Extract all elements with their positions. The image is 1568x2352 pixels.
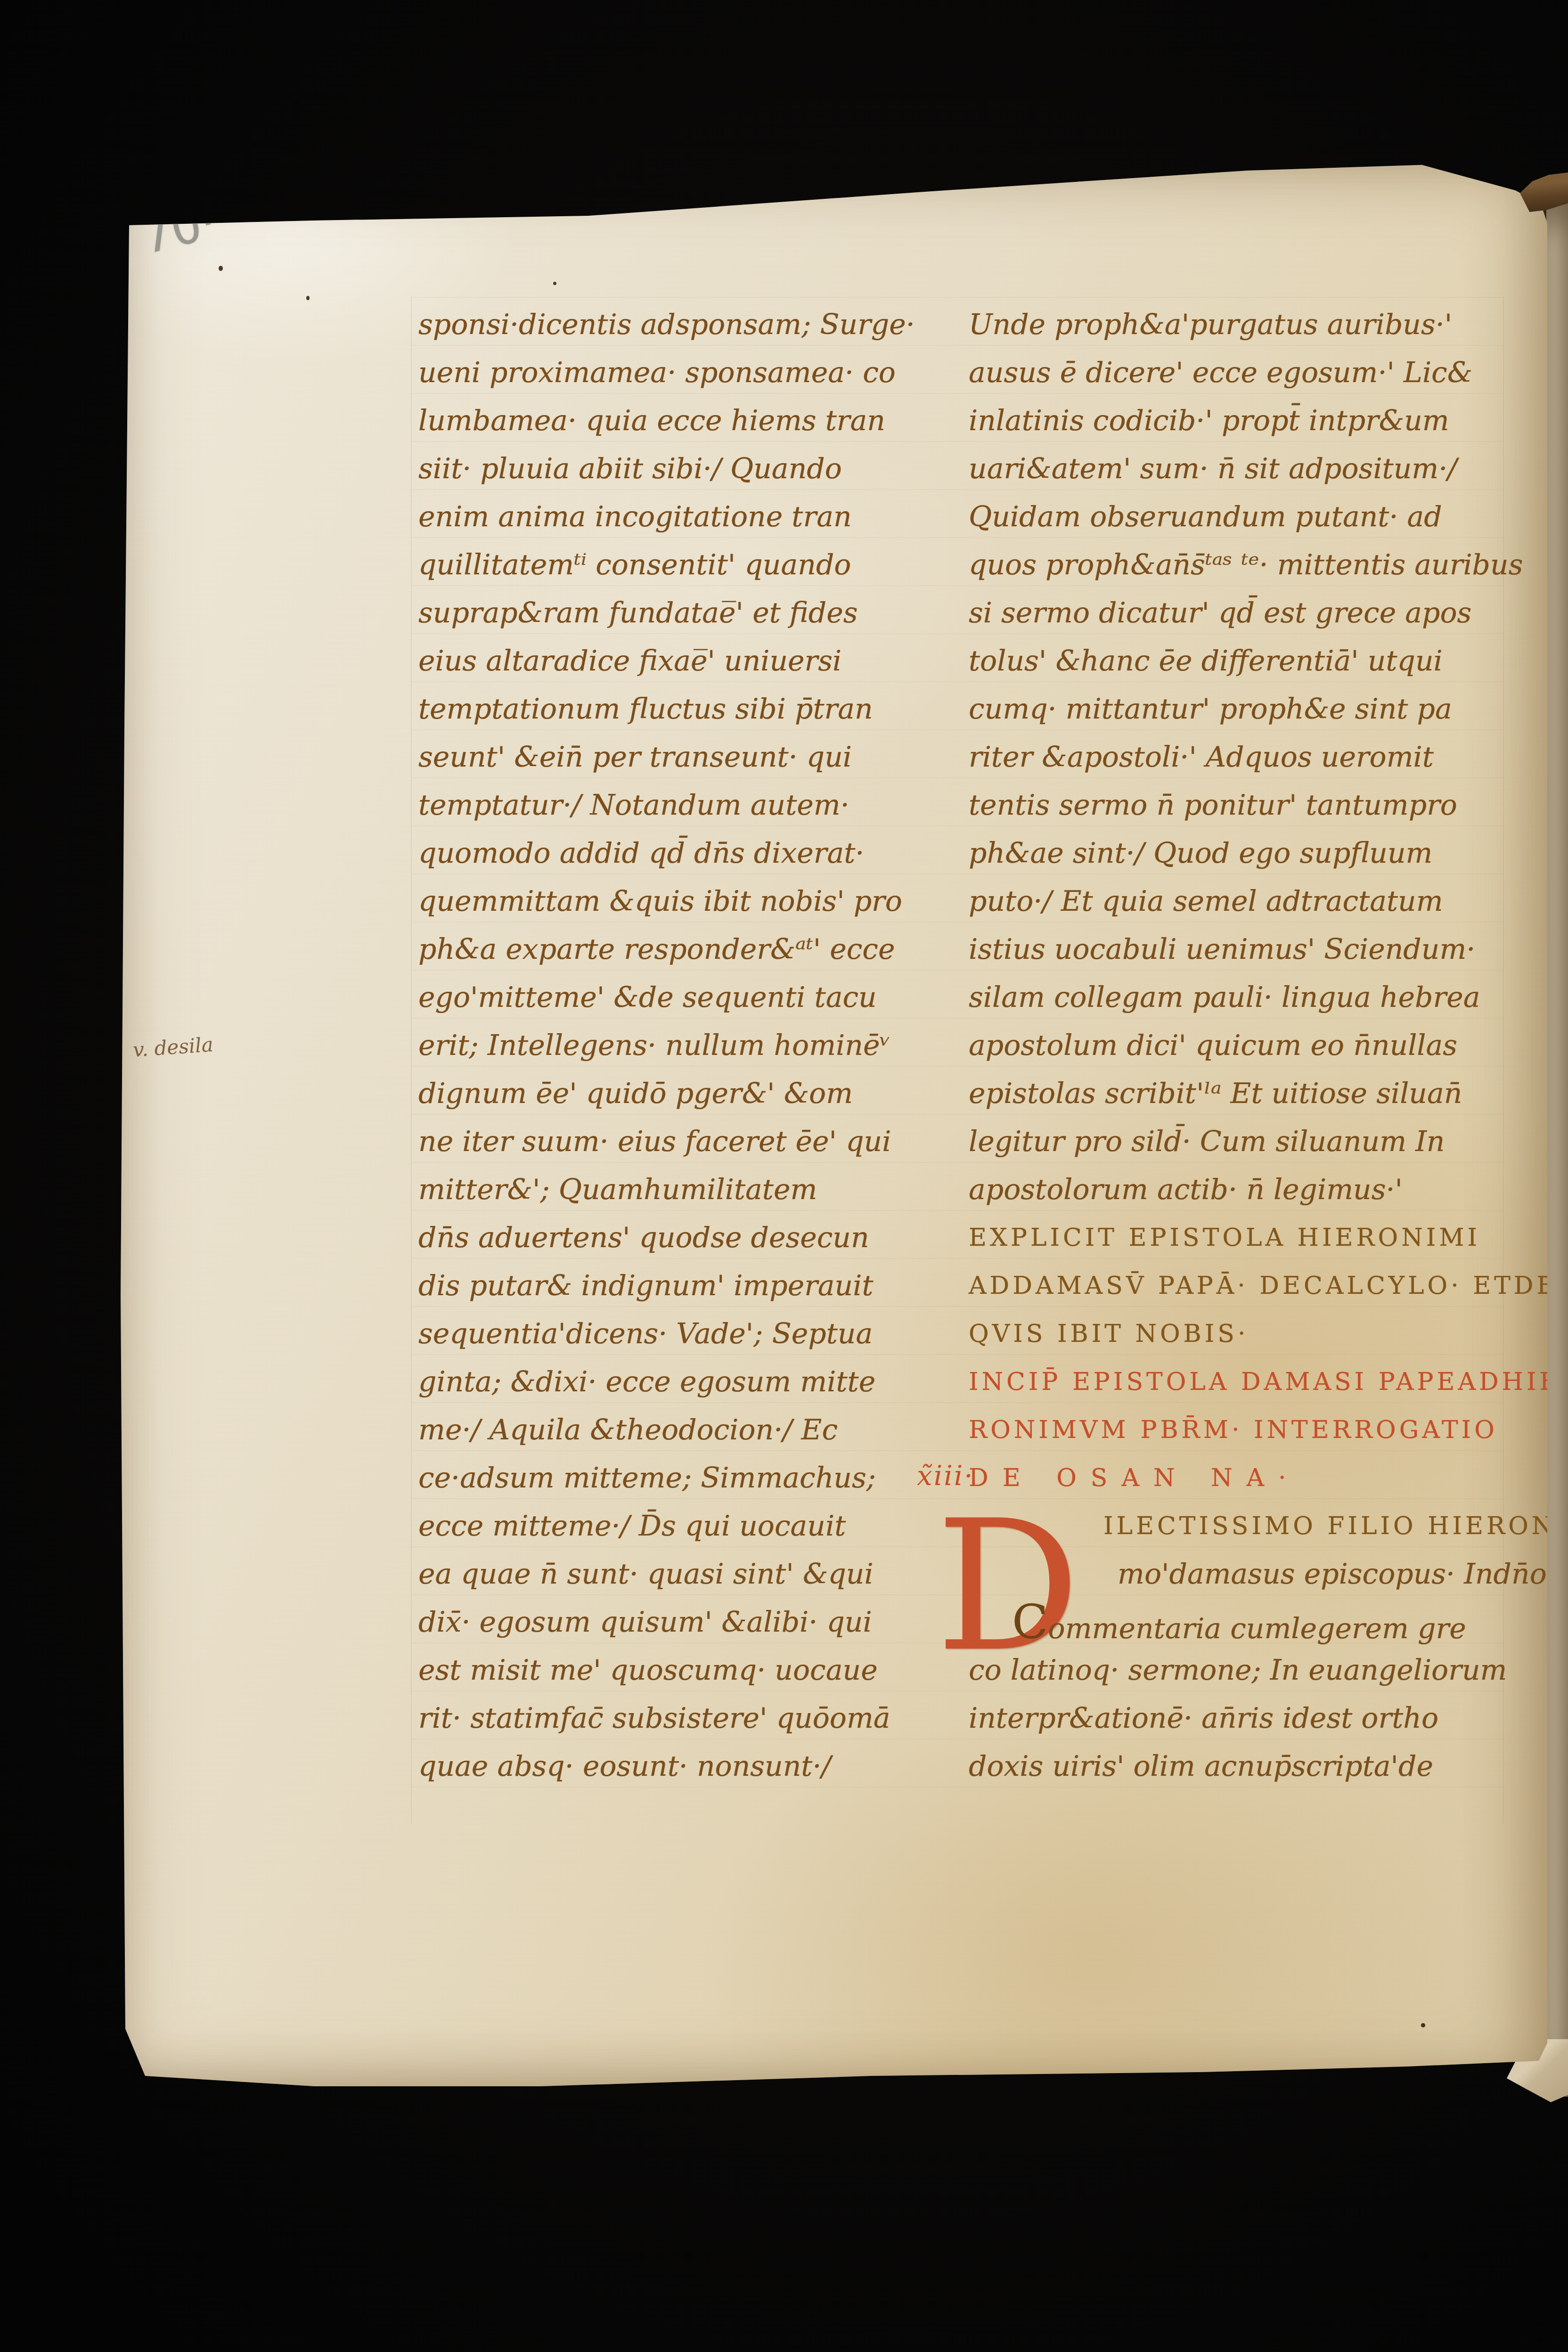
manuscript-line: Quidam obseruandum putant· ad xyxy=(969,493,1506,541)
manuscript-line: silam collegam pauli· lingua hebrea xyxy=(969,973,1506,1021)
manuscript-line: ce·adsum mitteme; Simmachus; xyxy=(418,1454,955,1502)
manuscript-line: ne iter suum· eius faceret ēe' qui xyxy=(418,1118,955,1166)
manuscript-line: dis putar& indignum' imperauit xyxy=(418,1262,955,1310)
manuscript-line: QVIS IBIT NOBIS· xyxy=(969,1310,1506,1358)
manuscript-line: ueni proximamea· sponsamea· co xyxy=(418,349,955,397)
manuscript-line: inlatinis codicib·' propt̄ intpr&um xyxy=(969,397,1506,445)
ink-speck xyxy=(219,266,223,271)
folio-number-pencil: 70· xyxy=(136,193,222,265)
text-column-left: sponsi·dicentis adsponsam; Surge·ueni pr… xyxy=(418,301,955,1790)
manuscript-line: siit· pluuia abiit sibi·/ Quando xyxy=(418,445,955,493)
manuscript-line: interpr&ationē· an̄ris idest ortho xyxy=(969,1694,1506,1742)
manuscript-line: quomodo addid qd̄ dn̄s dixerat· xyxy=(418,829,955,877)
manuscript-line: quae absq· eosunt· nonsunt·/ xyxy=(418,1742,955,1790)
manuscript-line: DE OSAN NA· xyxy=(969,1454,1506,1502)
manuscript-line: est misit me' quoscumq· uocaue xyxy=(418,1646,955,1694)
manuscript-line: sponsi·dicentis adsponsam; Surge· xyxy=(418,301,955,349)
manuscript-line: seunt' &ein̄ per transeunt· qui xyxy=(418,733,955,781)
manuscript-line: RONIMVM PBR̄M· INTERROGATIO xyxy=(969,1406,1506,1454)
manuscript-line: ego'mitteme' &de sequenti tacu xyxy=(418,973,955,1021)
manuscript-line: EXPLICIT EPISTOLA HIERONIMI xyxy=(969,1214,1506,1262)
manuscript-line: quemmittam &quis ibit nobis' pro xyxy=(418,877,955,925)
manuscript-line: epistolas scribit'ˡᵃ Et uitiose siluan̄ xyxy=(969,1070,1506,1118)
manuscript-line: si sermo dicatur' qd̄ est grece apos xyxy=(969,589,1506,637)
manuscript-line: me·/ Aquila &theodocion·/ Ec xyxy=(418,1406,955,1454)
manuscript-line: apostolum dici' quicum eo n̄nullas xyxy=(969,1021,1506,1070)
manuscript-line: rit· statimfac̄ subsistere' quōomā xyxy=(418,1694,955,1742)
manuscript-line: mitter&'; Quamhumilitatem xyxy=(418,1166,955,1214)
manuscript-line: suprap&ram fundatae̅' et fides xyxy=(418,589,955,637)
manuscript-line: ea quae n̄ sunt· quasi sint' &qui xyxy=(418,1550,955,1598)
manuscript-page: 70· v. desila x̃iii· D sponsi·dicentis a… xyxy=(117,163,1547,2094)
manuscript-line: ADDAMASV̄ PAPĀ· DECALCYLO· ETDE· xyxy=(969,1262,1506,1310)
manuscript-line: Unde proph&a'purgatus auribus·' xyxy=(969,301,1506,349)
manuscript-line: legitur pro sild̄· Cum siluanum In xyxy=(969,1118,1506,1166)
manuscript-line: temptatur·/ Notandum autem· xyxy=(418,781,955,829)
manuscript-line: Commentaria cumlegerem gre xyxy=(969,1598,1506,1646)
ink-speck xyxy=(553,282,556,285)
photo-backdrop: 70· v. desila x̃iii· D sponsi·dicentis a… xyxy=(0,0,1568,2352)
manuscript-line: riter &apostoli·' Adquos ueromit xyxy=(969,733,1506,781)
manuscript-line: dignum ēe' quidō pger&' &om xyxy=(418,1070,955,1118)
margin-note: v. desila xyxy=(132,1033,214,1062)
manuscript-line: quillitatemᵗⁱ consentit' quando xyxy=(418,541,955,589)
manuscript-line: temptationum fluctus sibi p̄tran xyxy=(418,685,955,733)
manuscript-line: quos proph&an̄s̄ᵗᵃˢ ᵗᵉ· mittentis auribu… xyxy=(969,541,1506,589)
manuscript-line: eius altaradice fixae̅' uniuersi xyxy=(418,637,955,685)
manuscript-line: istius uocabuli uenimus' Sciendum· xyxy=(969,925,1506,973)
manuscript-line: ph&ae sint·/ Quod ego supfluum xyxy=(969,829,1506,877)
manuscript-line: sequentia'dicens· Vade'; Septua xyxy=(418,1310,955,1358)
manuscript-line: doxis uiris' olim acnup̄scripta'de xyxy=(969,1742,1506,1790)
manuscript-line: ILECTISSIMO FILIO HIERONI xyxy=(969,1502,1506,1550)
manuscript-line: apostolorum actib· n̄ legimus·' xyxy=(969,1166,1506,1214)
ink-speck xyxy=(306,296,310,300)
manuscript-line: dix̄· egosum quisum' &alibi· qui xyxy=(418,1598,955,1646)
manuscript-line: co latinoq· sermone; In euangeliorum xyxy=(969,1646,1506,1694)
manuscript-line: enim anima incogitatione tran xyxy=(418,493,955,541)
manuscript-line: erit; Intellegens· nullum hominēᵛ xyxy=(418,1021,955,1070)
manuscript-line: cumq· mittantur' proph&e sint pa xyxy=(969,685,1506,733)
manuscript-line: tolus' &hanc ēe differentiā' utqui xyxy=(969,637,1506,685)
manuscript-line: puto·/ Et quia semel adtractatum xyxy=(969,877,1506,925)
manuscript-line: ph&a exparte responder&ᵃᵗ' ecce xyxy=(418,925,955,973)
manuscript-line: INCIP̄ EPISTOLA DAMASI PAPEADHIE xyxy=(969,1358,1506,1406)
manuscript-line: uari&atem' sum· n̄ sit adpositum·/ xyxy=(969,445,1506,493)
manuscript-line: mo'damasus episcopus· Indn̄o sal̄; xyxy=(969,1550,1506,1598)
manuscript-line: ecce mitteme·/ D̄s qui uocauit xyxy=(418,1502,955,1550)
manuscript-line: lumbamea· quia ecce hiems tran xyxy=(418,397,955,445)
manuscript-line: ginta; &dixi· ecce egosum mitte xyxy=(418,1358,955,1406)
ink-speck xyxy=(1421,2023,1425,2027)
manuscript-line: dn̄s aduertens' quodse desecun xyxy=(418,1214,955,1262)
manuscript-line: ausus ē dicere' ecce egosum·' Lic& xyxy=(969,349,1506,397)
manuscript-line: tentis sermo n̄ ponitur' tantumpro xyxy=(969,781,1506,829)
text-column-right: Unde proph&a'purgatus auribus·'ausus ē d… xyxy=(969,301,1506,1790)
